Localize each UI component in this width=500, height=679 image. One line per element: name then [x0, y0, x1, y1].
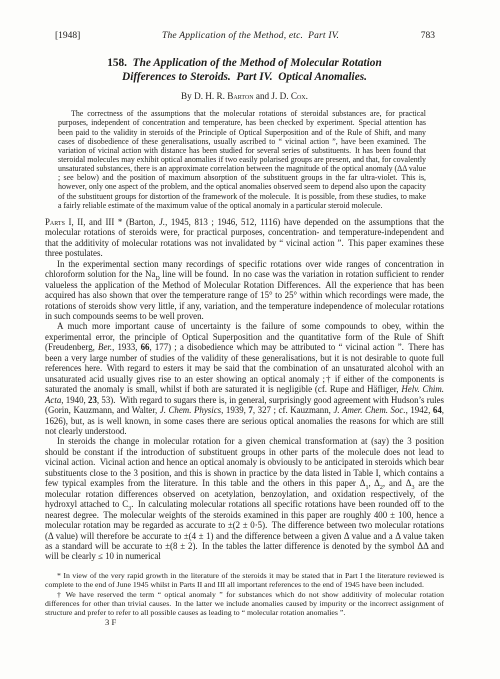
body-paragraph-1: Parts I, II, and III * (Barton, J., 1945… [45, 217, 444, 259]
byline: By D. H. R. Barton and J. D. Cox. [45, 91, 444, 102]
printer-signature-mark: 3 F [45, 618, 444, 627]
journal-page: [1948] The Application of the Method, et… [0, 0, 500, 679]
running-head-title: The Application of the Method, etc. Part… [162, 30, 339, 42]
running-head: [1948] The Application of the Method, et… [45, 30, 444, 42]
article-title-line-2: Differences to Steroids. Part IV. Optica… [45, 71, 444, 85]
article-title-line-1: 158. The Application of the Method of Mo… [45, 57, 444, 71]
body-paragraph-4: In steroids the change in molecular rota… [45, 436, 444, 561]
footnotes: * In view of the very rapid growth in th… [45, 571, 444, 627]
running-head-page-number: 783 [421, 30, 435, 42]
abstract: The correctness of the assumptions that … [58, 109, 426, 210]
article-title: 158. The Application of the Method of Mo… [45, 57, 444, 84]
footnote-asterisk: * In view of the very rapid growth in th… [45, 571, 444, 590]
body-paragraph-2: In the experimental section many recordi… [45, 259, 444, 322]
body-paragraph-3: A much more important cause of uncertain… [45, 321, 444, 436]
running-head-year: [1948] [55, 30, 80, 42]
footnote-dagger: † We have reserved the term “ optical an… [45, 590, 444, 618]
